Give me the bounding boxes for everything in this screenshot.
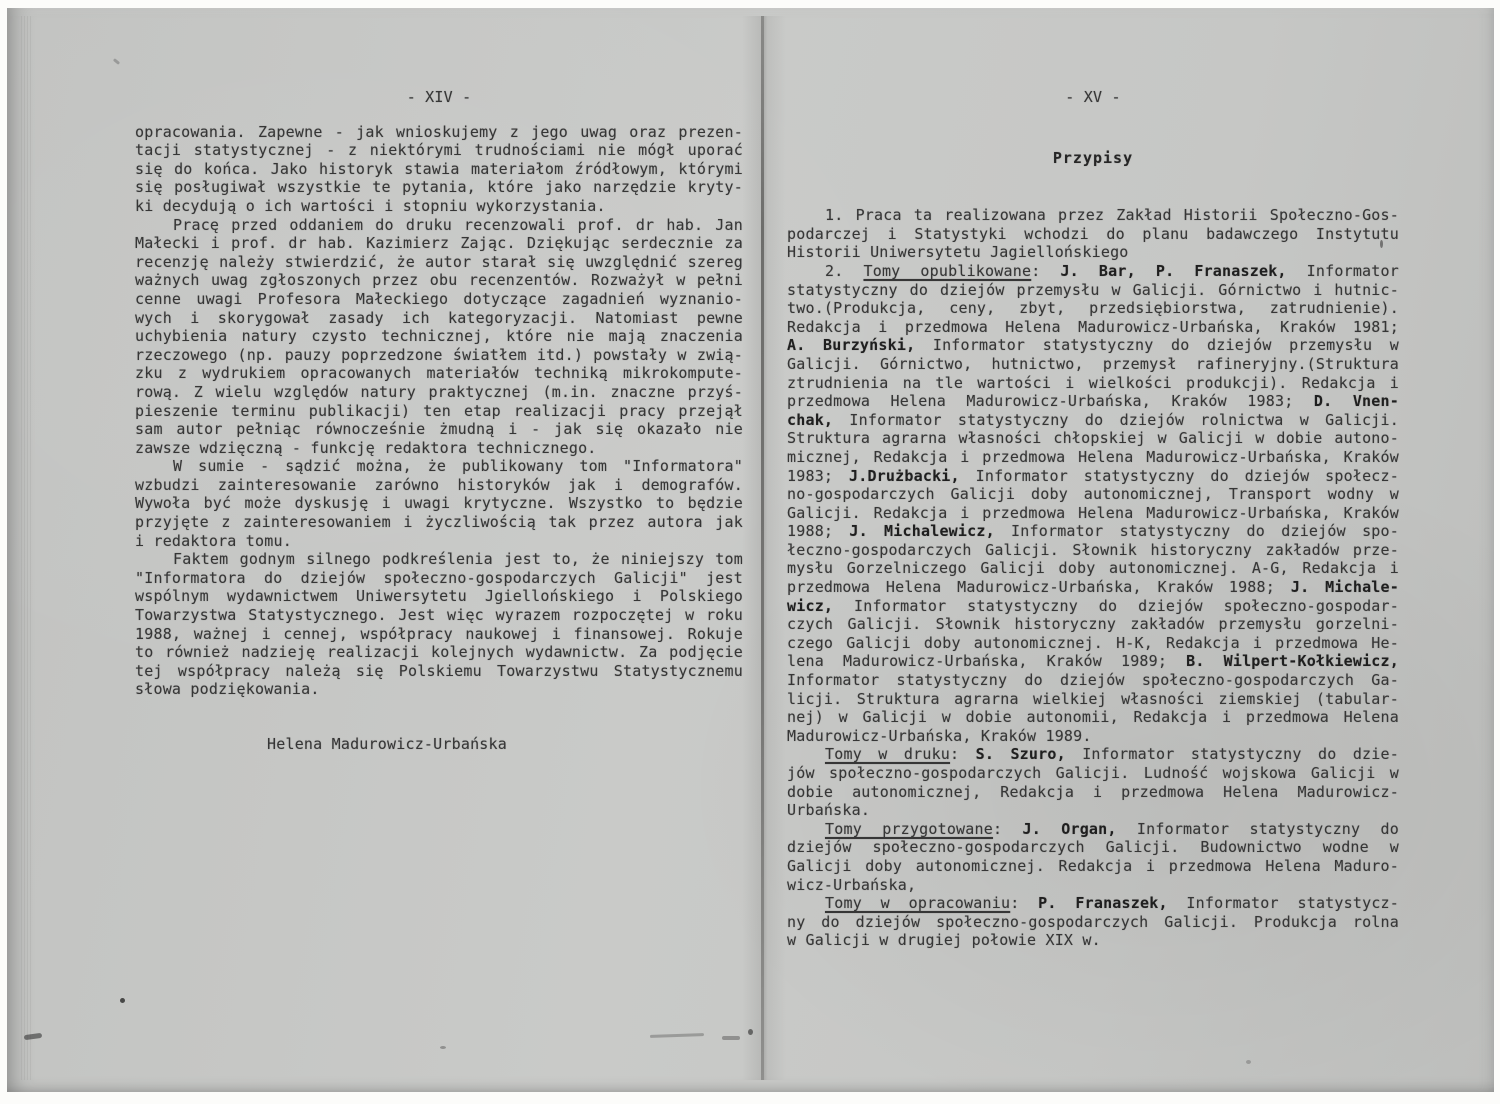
page-number-left: - XIV - — [135, 88, 743, 107]
scan-speck — [113, 58, 120, 65]
page-xv-body: 1. Praca ta realizowana przez Zakład His… — [787, 206, 1399, 950]
footnote-tomy-w-druku: Tomy w druku: S. Szuro, Informator staty… — [787, 745, 1399, 819]
scan-speck — [440, 1046, 446, 1049]
page-xiv-body: opracowania. Zapewne - jak wnioskujemy z… — [135, 123, 743, 699]
page-fold-line — [761, 16, 764, 1080]
author-signature: Helena Madurowicz-Urbańska — [135, 735, 743, 754]
page-fold-shadow — [742, 16, 786, 1080]
paragraph: opracowania. Zapewne - jak wnioskujemy z… — [135, 123, 743, 216]
scanned-book-spread: - XIV - opracowania. Zapewne - jak wnios… — [0, 0, 1500, 1104]
footnotes-heading: Przypisy — [787, 149, 1399, 168]
scan-speck — [24, 1033, 43, 1040]
footnote-2-tomy-opublikowane: 2. Tomy opublikowane: J. Bar, P. Franasz… — [787, 262, 1399, 745]
footnote-1: 1. Praca ta realizowana przez Zakład His… — [787, 206, 1399, 262]
paragraph: W sumie - sądzić można, że publikowany t… — [135, 457, 743, 550]
scan-speck — [1380, 240, 1383, 248]
paragraph: Faktem godnym silnego podkreślenia jest … — [135, 550, 743, 699]
paragraph: Pracę przed oddaniem do druku recenzowal… — [135, 216, 743, 458]
scan-speck — [120, 998, 125, 1003]
scan-speck — [748, 1029, 753, 1035]
scan-speck — [722, 1036, 740, 1040]
footnote-tomy-przygotowane: Tomy przygotowane: J. Organ, Informator … — [787, 820, 1399, 894]
page-xiv: - XIV - opracowania. Zapewne - jak wnios… — [135, 88, 743, 754]
scan-paper: - XIV - opracowania. Zapewne - jak wnios… — [7, 8, 1494, 1092]
left-page-edge-streaks — [21, 16, 33, 1080]
footnote-tomy-w-opracowaniu: Tomy w opracowaniu: P. Franaszek, Inform… — [787, 894, 1399, 950]
page-xv: - XV - Przypisy 1. Praca ta realizowana … — [787, 88, 1399, 950]
page-number-right: - XV - — [787, 88, 1399, 107]
scan-speck — [650, 1033, 704, 1038]
scan-speck — [1246, 1060, 1251, 1064]
